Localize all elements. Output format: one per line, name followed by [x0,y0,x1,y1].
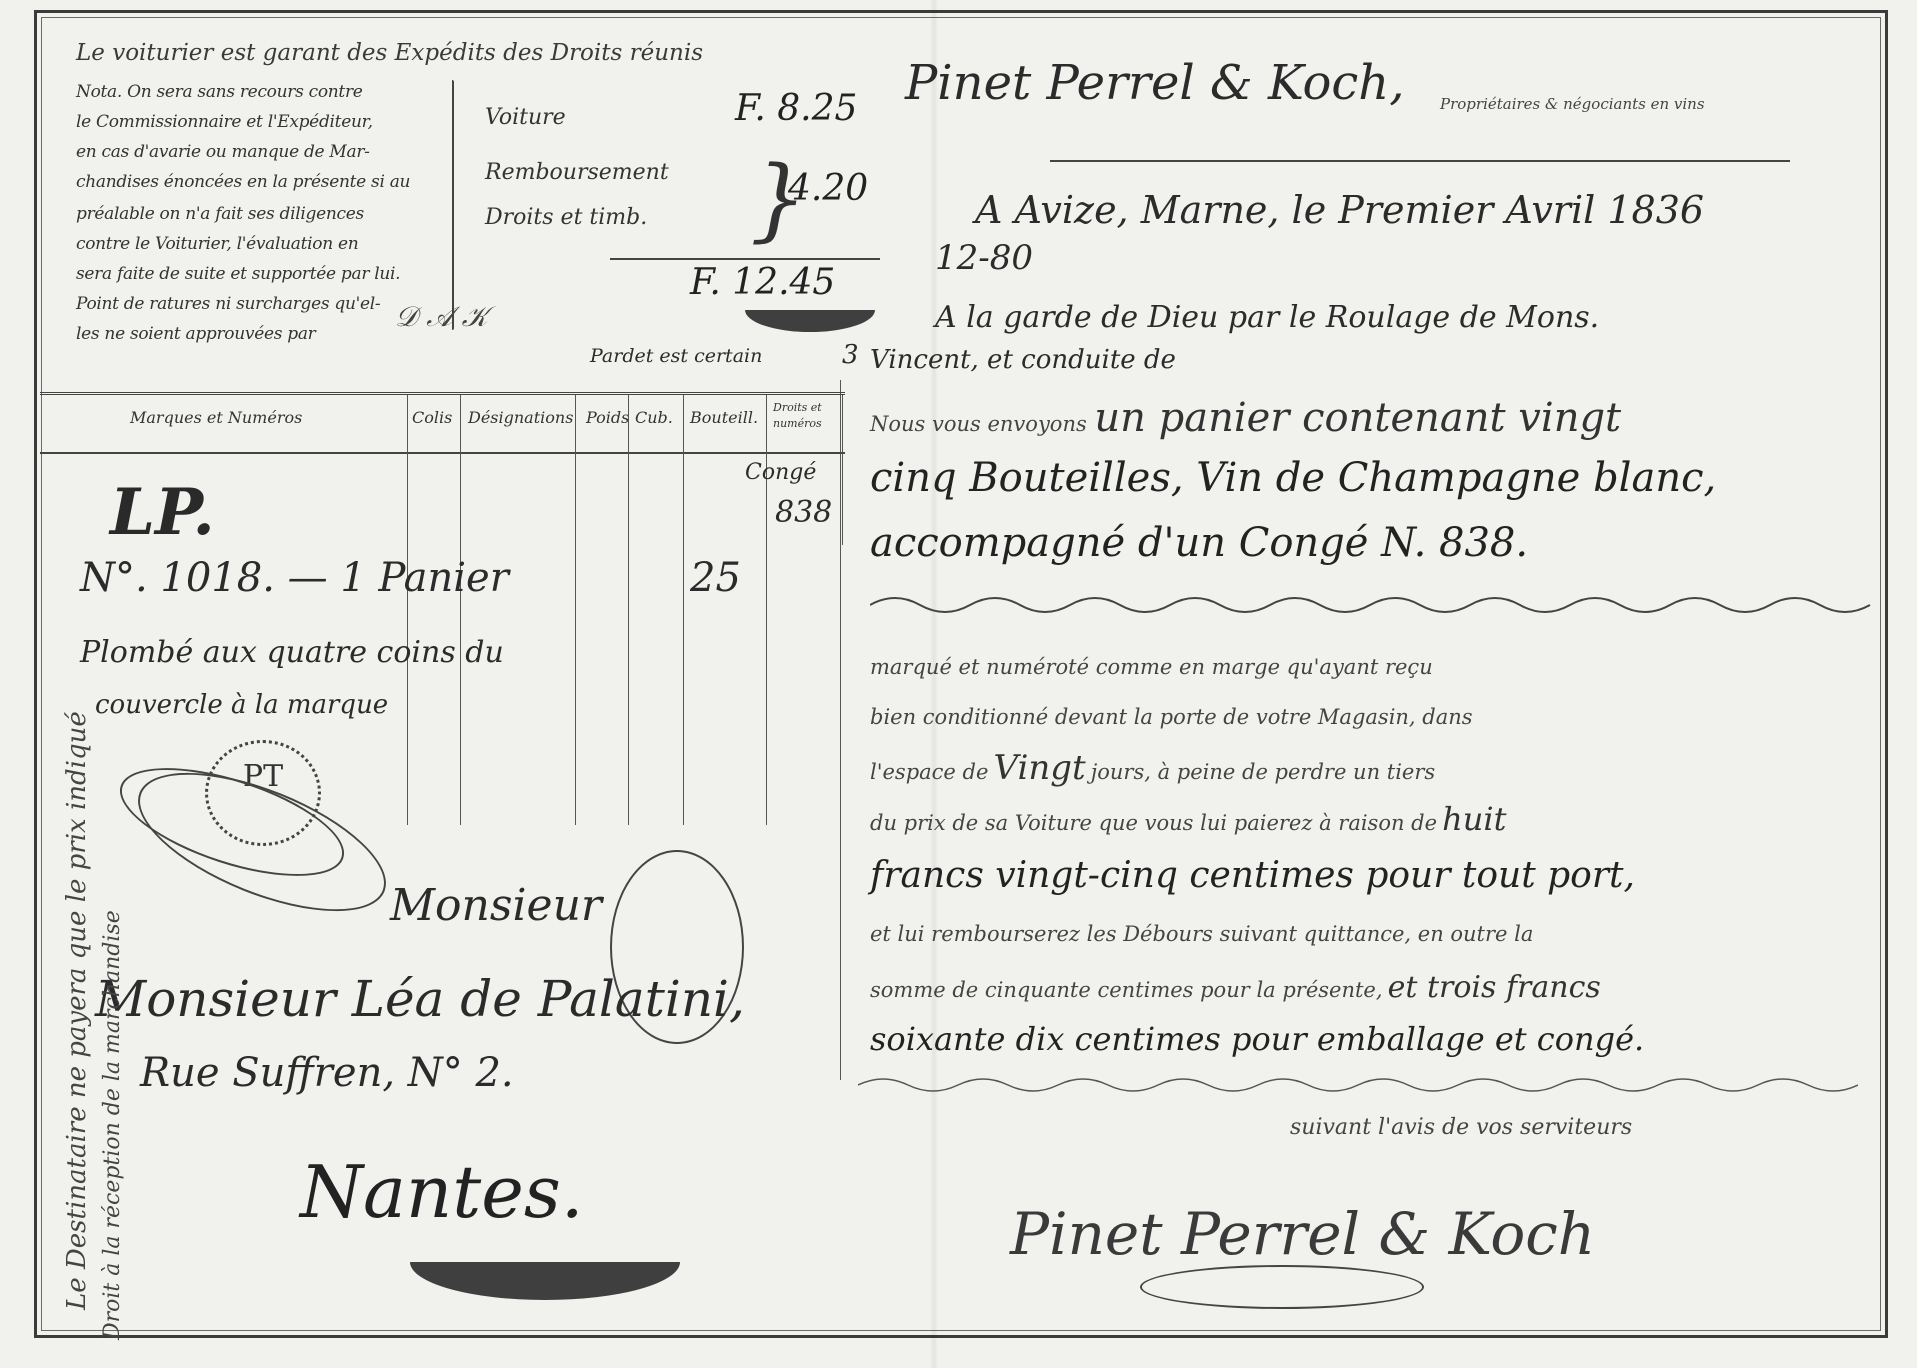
body-line-2: cinq Bouteilles, Vin de Champagne blanc, [870,455,1716,501]
th-droits: Droits et numéros [773,400,843,432]
body-line-6: l'espace de Vingt jours, à peine de perd… [870,748,1435,788]
approval-flourish: 𝒟 𝒜 𝒦 [395,300,488,334]
remboursement-label: Remboursement [485,160,669,185]
th-marques: Marques et Numéros [130,408,302,427]
note-line: en cas d'avarie ou manque de Mar- [76,142,370,162]
recipient-street: Rue Suffren, N° 2. [140,1050,514,1096]
note-line: préalable on n'a fait ses diligences [76,204,364,224]
voiture-label: Voiture [485,105,566,130]
body-left-border [840,380,841,1080]
document-paper: Le voiturier est garant des Expédits des… [0,0,1917,1368]
body-line-4: marqué et numéroté comme en marge qu'aya… [870,655,1433,679]
conge-label: Congé [745,460,816,485]
note-line: Nota. On sera sans recours contre [76,82,363,102]
sender-signature: Pinet Perrel & Koch [1010,1200,1595,1268]
sender-title: Propriétaires & négociants en vins [1440,95,1705,113]
table-top-rule [40,392,845,395]
body-line-9: et lui rembourserez les Débours suivant … [870,922,1533,946]
wavy-rule [870,590,1880,620]
th-cub: Cub. [635,408,673,427]
note-bracket [452,80,454,330]
recipient-name: Monsieur Léa de Palatini, [95,970,745,1028]
margin-text-1: Le Destinataire ne payera que le prix in… [62,711,92,1310]
header-rule [1050,160,1790,162]
guard-line: A la garde de Dieu par le Roulage de Mon… [935,300,1599,335]
signature-flourish [1140,1265,1424,1309]
total-value: F. 12.45 [690,262,835,303]
note-line: sera faite de suite et supportée par lui… [76,264,400,284]
fee-brace-icon: } [750,155,807,245]
note-line: contre le Voiturier, l'évaluation en [76,234,358,254]
remark-line-2: couvercle à la marque [95,690,388,720]
col-divider [460,395,461,825]
weight-mark: 12-80 [935,238,1033,278]
voiture-value: F. 8.25 [735,88,857,129]
body-line-6-hand: Vingt [994,748,1086,788]
place-date: A Avize, Marne, le Premier Avril 1836 [975,188,1704,232]
wavy-rule-2 [858,1070,1858,1100]
body-line-8: francs vingt-cinq centimes pour tout por… [870,855,1635,896]
droits-label: Droits et timb. [485,205,647,230]
conge-number: 838 [775,495,832,530]
side-mark: 3 [842,340,859,370]
body-line-6-a: l'espace de [870,760,988,784]
col-divider [842,395,843,545]
carrier-line: Vincent, et conduite de [870,345,1176,375]
body-line-10-a: somme de cinquante centimes pour la prés… [870,978,1383,1002]
closing-line: suivant l'avis de vos serviteurs [1290,1115,1632,1140]
th-designations: Désignations [468,408,573,427]
fees-total-rule [610,258,880,260]
th-bouteilles: Bouteill. [690,408,758,427]
shipping-mark: LP. [110,475,215,550]
margin-text-2: Droit à la réception de la marchandise [100,910,125,1340]
note-line: le Commissionnaire et l'Expéditeur, [76,112,373,132]
col-divider [628,395,629,825]
sender-name: Pinet Perrel & Koch, [905,55,1404,111]
body-line-3: accompagné d'un Congé N. 838. [870,520,1528,566]
body-line-1-print: Nous vous envoyons [870,412,1087,436]
body-line-5: bien conditionné devant la porte de votr… [870,705,1473,729]
note-line: Point de ratures ni surcharges qu'el- [76,294,380,314]
body-line-11: soixante dix centimes pour emballage et … [870,1020,1644,1058]
recipient-city: Nantes. [300,1150,584,1234]
body-line-10-hand: et trois francs [1388,970,1601,1005]
col-divider [683,395,684,825]
note-line: les ne soient approuvées par [76,324,316,344]
th-colis: Colis [412,408,452,427]
col-divider [407,395,408,825]
header-line: Le voiturier est garant des Expédits des… [76,40,703,66]
body-line-6-b: jours, à peine de perdre un tiers [1091,760,1435,784]
body-line-7-a: du prix de sa Voiture que vous lui paier… [870,811,1437,835]
body-line-7: du prix de sa Voiture que vous lui paier… [870,800,1506,838]
body-line-1: Nous vous envoyons un panier contenant v… [870,395,1621,441]
body-line-1-hand: un panier contenant vingt [1094,395,1621,441]
note-line: chandises énoncées en la présente si au [76,172,410,192]
package-number: N°. 1018. — 1 Panier [80,555,509,601]
paper-fold [930,0,938,1368]
bottle-count: 25 [690,555,741,601]
approval-note: Pardet est certain [590,345,762,367]
salutation: Monsieur [390,880,602,931]
body-line-7-hand: huit [1442,800,1506,838]
col-divider [575,395,576,825]
remark-line-1: Plombé aux quatre coins du [80,635,504,670]
table-header-rule [40,452,845,454]
body-line-10: somme de cinquante centimes pour la prés… [870,970,1601,1005]
th-poids: Poids [586,408,629,427]
